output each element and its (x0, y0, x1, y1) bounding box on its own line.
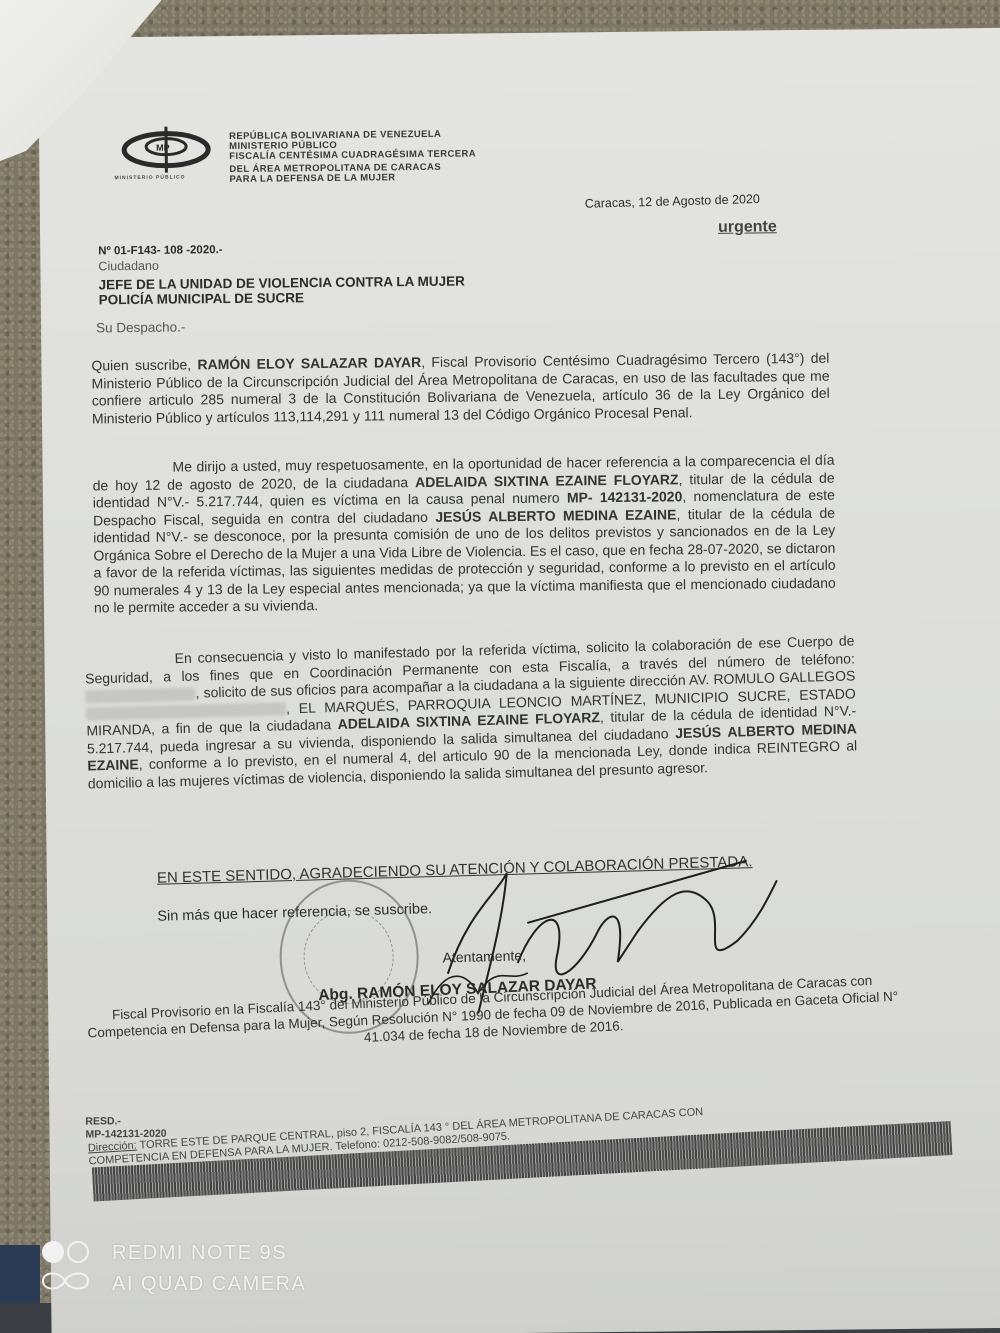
document-page: MP MINISTERIO PÚBLICO REPÚBLICA BOLIVARI… (38, 28, 1000, 1333)
victim-name: ADELAIDA SIXTINA EZAINE FLOYARZ (415, 471, 679, 490)
date-line: Caracas, 12 de Agosto de 2020 (585, 192, 760, 211)
reference-number: Nº 01-F143- 108 -2020.- (98, 244, 223, 257)
recipient-block: JEFE DE LA UNIDAD DE VIOLENCIA CONTRA LA… (99, 274, 466, 308)
institution-line: FISCALÍA CENTÉSIMA CUADRAGÉSIMA TERCERA (229, 149, 476, 162)
watermark-camera: AI QUAD CAMERA (112, 1269, 306, 1300)
paragraph-request: En consecuencia y visto lo manifestado p… (84, 632, 857, 792)
institution-line: PARA LA DEFENSA DE LA MUJER (229, 172, 476, 185)
redacted-phone (85, 687, 195, 703)
closing-regards: Atentamente, (442, 947, 526, 965)
ministerio-publico-logo-icon: MP (121, 124, 212, 175)
recipient-salutation: Ciudadano (98, 259, 159, 274)
paragraph-facts: Me dirijo a usted, muy respetuosamente, … (92, 452, 836, 617)
svg-text:MP: MP (156, 143, 170, 153)
text-fragment: Quien suscribe, (91, 356, 197, 373)
paragraph-intro: Quien suscribe, RAMÓN ELOY SALAZAR DAYAR… (91, 350, 830, 428)
watermark-device: REDMI NOTE 9S (112, 1238, 306, 1269)
prosecutor-name: RAMÓN ELOY SALAZAR DAYAR (197, 354, 421, 372)
resd-label: RESD.- (85, 1115, 166, 1129)
accused-name: JESÚS ALBERTO MEDINA EZAINE (435, 506, 676, 525)
recipient-organization: POLICÍA MUNICIPAL DE SUCRE (99, 289, 465, 308)
case-number: MP- 142131-2020 (567, 488, 683, 505)
recipient-office: Su Despacho.- (96, 319, 185, 335)
urgency-label: urgente (718, 218, 777, 237)
camera-watermark: REDMI NOTE 9S AI QUAD CAMERA (42, 1238, 306, 1300)
logo-caption: MINISTERIO PÚBLICO (114, 174, 185, 181)
institution-header: REPÚBLICA BOLIVARIANA DE VENEZUELA MINIS… (229, 129, 476, 185)
camera-lens-infinity-icon (38, 1238, 102, 1300)
